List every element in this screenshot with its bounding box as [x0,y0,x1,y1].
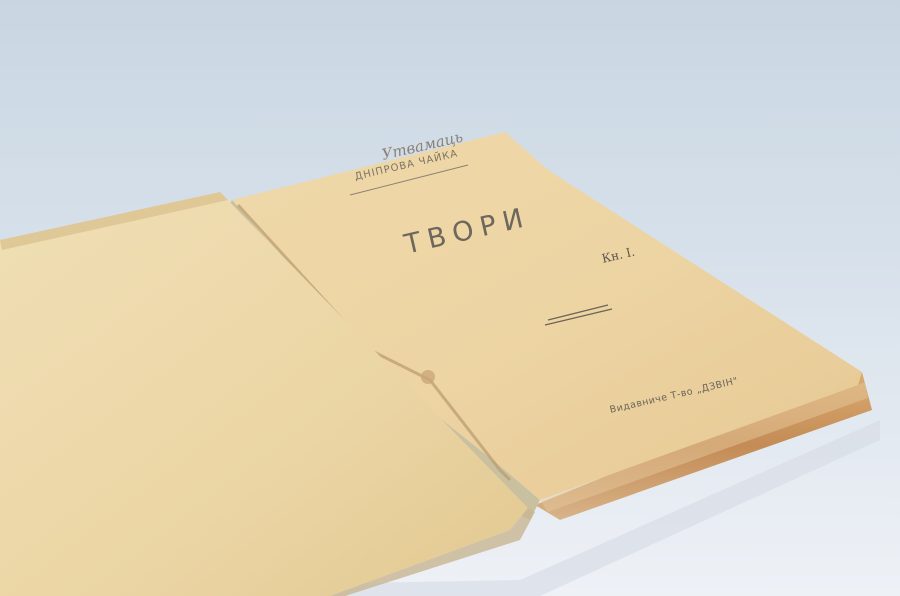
book-illustration [0,0,900,596]
photo-scene: Утвамаць ДНІПРОВА ЧАЙКА ТВОРИ Кн. І. Вид… [0,0,900,596]
